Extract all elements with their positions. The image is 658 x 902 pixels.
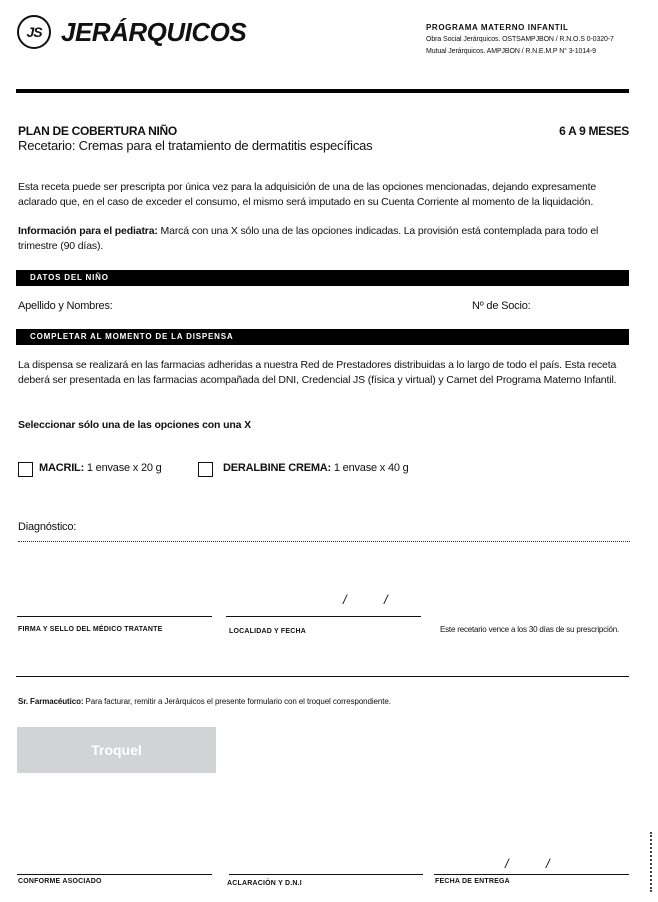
pediatra-info: Información para el pediatra: Marcá con … xyxy=(18,224,630,254)
logo-mark: JS xyxy=(26,24,41,40)
option-macril-name: MACRIL: xyxy=(39,462,84,474)
conforme-line xyxy=(17,874,212,875)
delivery-date-separator-1: / xyxy=(505,856,509,871)
doctor-signature-label: FIRMA Y SELLO DEL MÉDICO TRATANTE xyxy=(18,626,163,633)
member-number-field[interactable] xyxy=(536,296,628,314)
section-divider xyxy=(16,676,629,677)
option-deralbine-name: DERALBINE CREMA: xyxy=(223,462,331,474)
child-name-label: Apellido y Nombres: xyxy=(18,300,113,312)
troquel-box[interactable]: Troquel xyxy=(17,727,216,773)
member-number-label: Nº de Socio: xyxy=(472,300,530,312)
option-macril-detail: 1 envase x 20 g xyxy=(84,462,162,474)
pharmacist-note: Sr. Farmacéutico: Para facturar, remitir… xyxy=(18,697,391,706)
diagnosis-dotted-line xyxy=(18,541,630,542)
option-deralbine-checkbox[interactable] xyxy=(198,462,213,477)
pharmacist-label: Sr. Farmacéutico: xyxy=(18,697,83,706)
conforme-label: CONFORME ASOCIADO xyxy=(18,878,102,885)
diagnosis-label: Diagnóstico: xyxy=(18,521,76,533)
program-line-mutual: Mutual Jerárquicos. AMPJBON / R.N.E.M.P … xyxy=(426,46,614,58)
delivery-date-label: FECHA DE ENTREGA xyxy=(435,878,510,885)
aclaracion-field[interactable] xyxy=(229,840,423,874)
pediatra-label: Información para el pediatra: xyxy=(18,225,158,237)
select-instruction: Seleccionar sólo una de las opciones con… xyxy=(18,418,630,433)
date-separator-2: / xyxy=(384,592,388,607)
date-separator-1: / xyxy=(343,592,347,607)
program-line-obra-social: Obra Social Jerárquicos. OSTSAMPJBON / R… xyxy=(426,34,614,46)
program-info: PROGRAMA MATERNO INFANTIL Obra Social Je… xyxy=(426,22,614,58)
doctor-signature-field[interactable] xyxy=(17,580,212,616)
doctor-signature-line xyxy=(17,616,212,617)
brand-logo: JS JERÁRQUICOS xyxy=(17,14,246,50)
plan-subtitle: Recetario: Cremas para el tratamiento de… xyxy=(18,138,372,153)
intro-paragraph: Esta receta puede ser prescripta por úni… xyxy=(18,180,630,210)
pharmacist-text: Para facturar, remitir a Jerárquicos el … xyxy=(83,697,390,706)
js-logo-icon: JS xyxy=(17,15,51,49)
expiry-note: Este recetario vence a los 30 días de su… xyxy=(440,625,619,634)
diagnosis-field[interactable] xyxy=(80,518,630,540)
option-deralbine-label: DERALBINE CREMA: 1 envase x 40 g xyxy=(223,462,409,474)
place-date-label: LOCALIDAD Y FECHA xyxy=(229,628,306,635)
dispense-paragraph: La dispensa se realizará en las farmacia… xyxy=(18,358,630,388)
aclaracion-label: ACLARACIÓN Y D.N.I xyxy=(227,880,302,887)
plan-age-range: 6 A 9 MESES xyxy=(559,124,629,138)
aclaracion-line xyxy=(229,874,423,875)
delivery-date-separator-2: / xyxy=(546,856,550,871)
plan-title: PLAN DE COBERTURA NIÑO xyxy=(18,124,177,138)
conforme-signature-field[interactable] xyxy=(17,840,212,874)
option-macril-label: MACRIL: 1 envase x 20 g xyxy=(39,462,162,474)
delivery-date-line xyxy=(434,874,629,875)
child-name-field[interactable] xyxy=(120,296,460,314)
troquel-label: Troquel xyxy=(91,742,142,758)
option-macril-checkbox[interactable] xyxy=(18,462,33,477)
brand-name: JERÁRQUICOS xyxy=(61,17,246,48)
vertical-form-code xyxy=(650,832,656,892)
section-header-child: DATOS DEL NIÑO xyxy=(16,270,629,286)
section-header-dispense: COMPLETAR AL MOMENTO DE LA DISPENSA xyxy=(16,329,629,345)
program-title: PROGRAMA MATERNO INFANTIL xyxy=(426,22,614,34)
place-date-line xyxy=(226,616,421,617)
delivery-date-field[interactable] xyxy=(434,840,629,874)
header-divider xyxy=(16,89,629,93)
option-deralbine-detail: 1 envase x 40 g xyxy=(331,462,409,474)
place-date-field[interactable] xyxy=(226,580,421,616)
